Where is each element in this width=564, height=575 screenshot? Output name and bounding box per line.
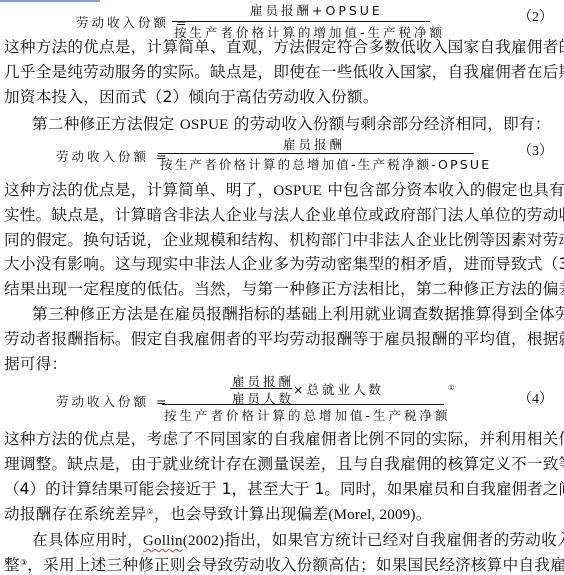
eq4-number: （4） [518, 388, 553, 408]
citation-author-gollin: Gollin [143, 533, 183, 549]
text-line: 这种方法的优点是，计算简单、明了，OSPUE 中包含部分资本收入的假定也具有较好… [4, 180, 564, 201]
text-line: 几乎全是纯劳动服务的实际。缺点是，即使在一些低收入国家，自我雇佣者在后期会逐渐增 [4, 62, 564, 82]
eq2-numerator: 雇员报酬+OPSUE [250, 1, 383, 19]
eq2-fraction-bar [172, 21, 430, 22]
text-line: 动报酬存在系统差异②，也会导致计算出现偏差(Morel, 2009)。 [4, 504, 432, 525]
text-line: 大小没有影响。这与现实中非法人企业多为劳动密集型的相矛盾，进而导致式（3）的调整 [4, 254, 564, 274]
text-line: 这种方法的优点是，计算简单、直观，方法假定符合多数低收入国家自我雇佣者的要素投入 [4, 37, 564, 57]
footnote-marker[interactable]: ② [147, 507, 154, 516]
text-line: （4）的计算结果可能会接近于 1，甚至大于 1。同时，如果雇员和自我雇佣者之间的… [4, 479, 564, 499]
text-line: 结果出现一定程度的低估。当然，与第一种修正方法相比，第二种修正方法的偏差要小得多… [4, 279, 564, 299]
term-ospue: OSPUE [180, 117, 229, 133]
text-line: 第三种修正方法是在雇员报酬指标的基础上利用就业调查数据推算得到全体劳动者的 [32, 304, 564, 324]
term-ospue: OSPUE [273, 183, 322, 199]
citation-year: (2002) [183, 533, 225, 549]
eq4-fraction-bar [162, 404, 444, 405]
text-line: 理调整。缺点是，由于就业统计存在测量误差，且与自我雇佣的核算定义不一致等，所以式 [4, 454, 564, 474]
eq3-number: （3） [518, 140, 553, 160]
eq3-fraction-bar [158, 153, 474, 154]
eq3-denominator: 按生产者价格计算的总增加值-生产税净额-OPSUE [160, 155, 491, 173]
text-line: 整③，采用上述三种修正则会导致劳动收入份额高估；如果国民经济核算中自我雇佣者的产 [4, 555, 564, 575]
paragraph-2: 第二种修正方法假定 OSPUE 的劳动收入份额与剩余部分经济相同，即有： [32, 114, 551, 135]
eq2-lhs: 劳动收入份额 = [76, 13, 189, 31]
text-line: 实性。缺点是，计算暗含非法人企业与法人企业单位或政府部门法人单位的劳动收入份额相 [4, 205, 564, 225]
text-line: 同的假定。换句话说，企业规模和结构、机构部门中非法人企业比例等因素对劳动收入份额 [4, 230, 564, 250]
text-line: 劳动者报酬指标。假定自我雇佣者的平均劳动报酬等于雇员报酬的平均值，根据就业调查数 [4, 329, 564, 349]
footnote-marker[interactable]: ③ [20, 558, 27, 567]
eq4-lhs: 劳动收入份额 = [56, 392, 169, 410]
text-line: 加资本投入，因而式（2）倾向于高估劳动收入份额。 [4, 87, 379, 107]
text-line: 在具体应用时，Gollin(2002)指出，如果官方统计已经对自我雇佣者的劳动收… [32, 530, 564, 551]
eq4-denominator: 按生产者价格计算的总增加值-生产税净额 [164, 406, 451, 424]
eq3-numerator: 雇员报酬 [283, 135, 345, 153]
eq2-number: （2） [518, 6, 553, 26]
text-line: 据可得： [4, 354, 67, 374]
eq4-times-total-employed: ×总就业人数 [293, 380, 384, 398]
text-line: 这种方法的优点是，考虑了不同国家的自我雇佣者比例不同的实际，并利用相关信息进行合 [4, 429, 564, 449]
citation-morel: (Morel, 2009) [328, 507, 415, 523]
top-highlight-bar [0, 0, 100, 2]
eq4-footnote-marker[interactable]: ① [448, 384, 454, 392]
eq3-lhs: 劳动收入份额 = [56, 147, 169, 165]
